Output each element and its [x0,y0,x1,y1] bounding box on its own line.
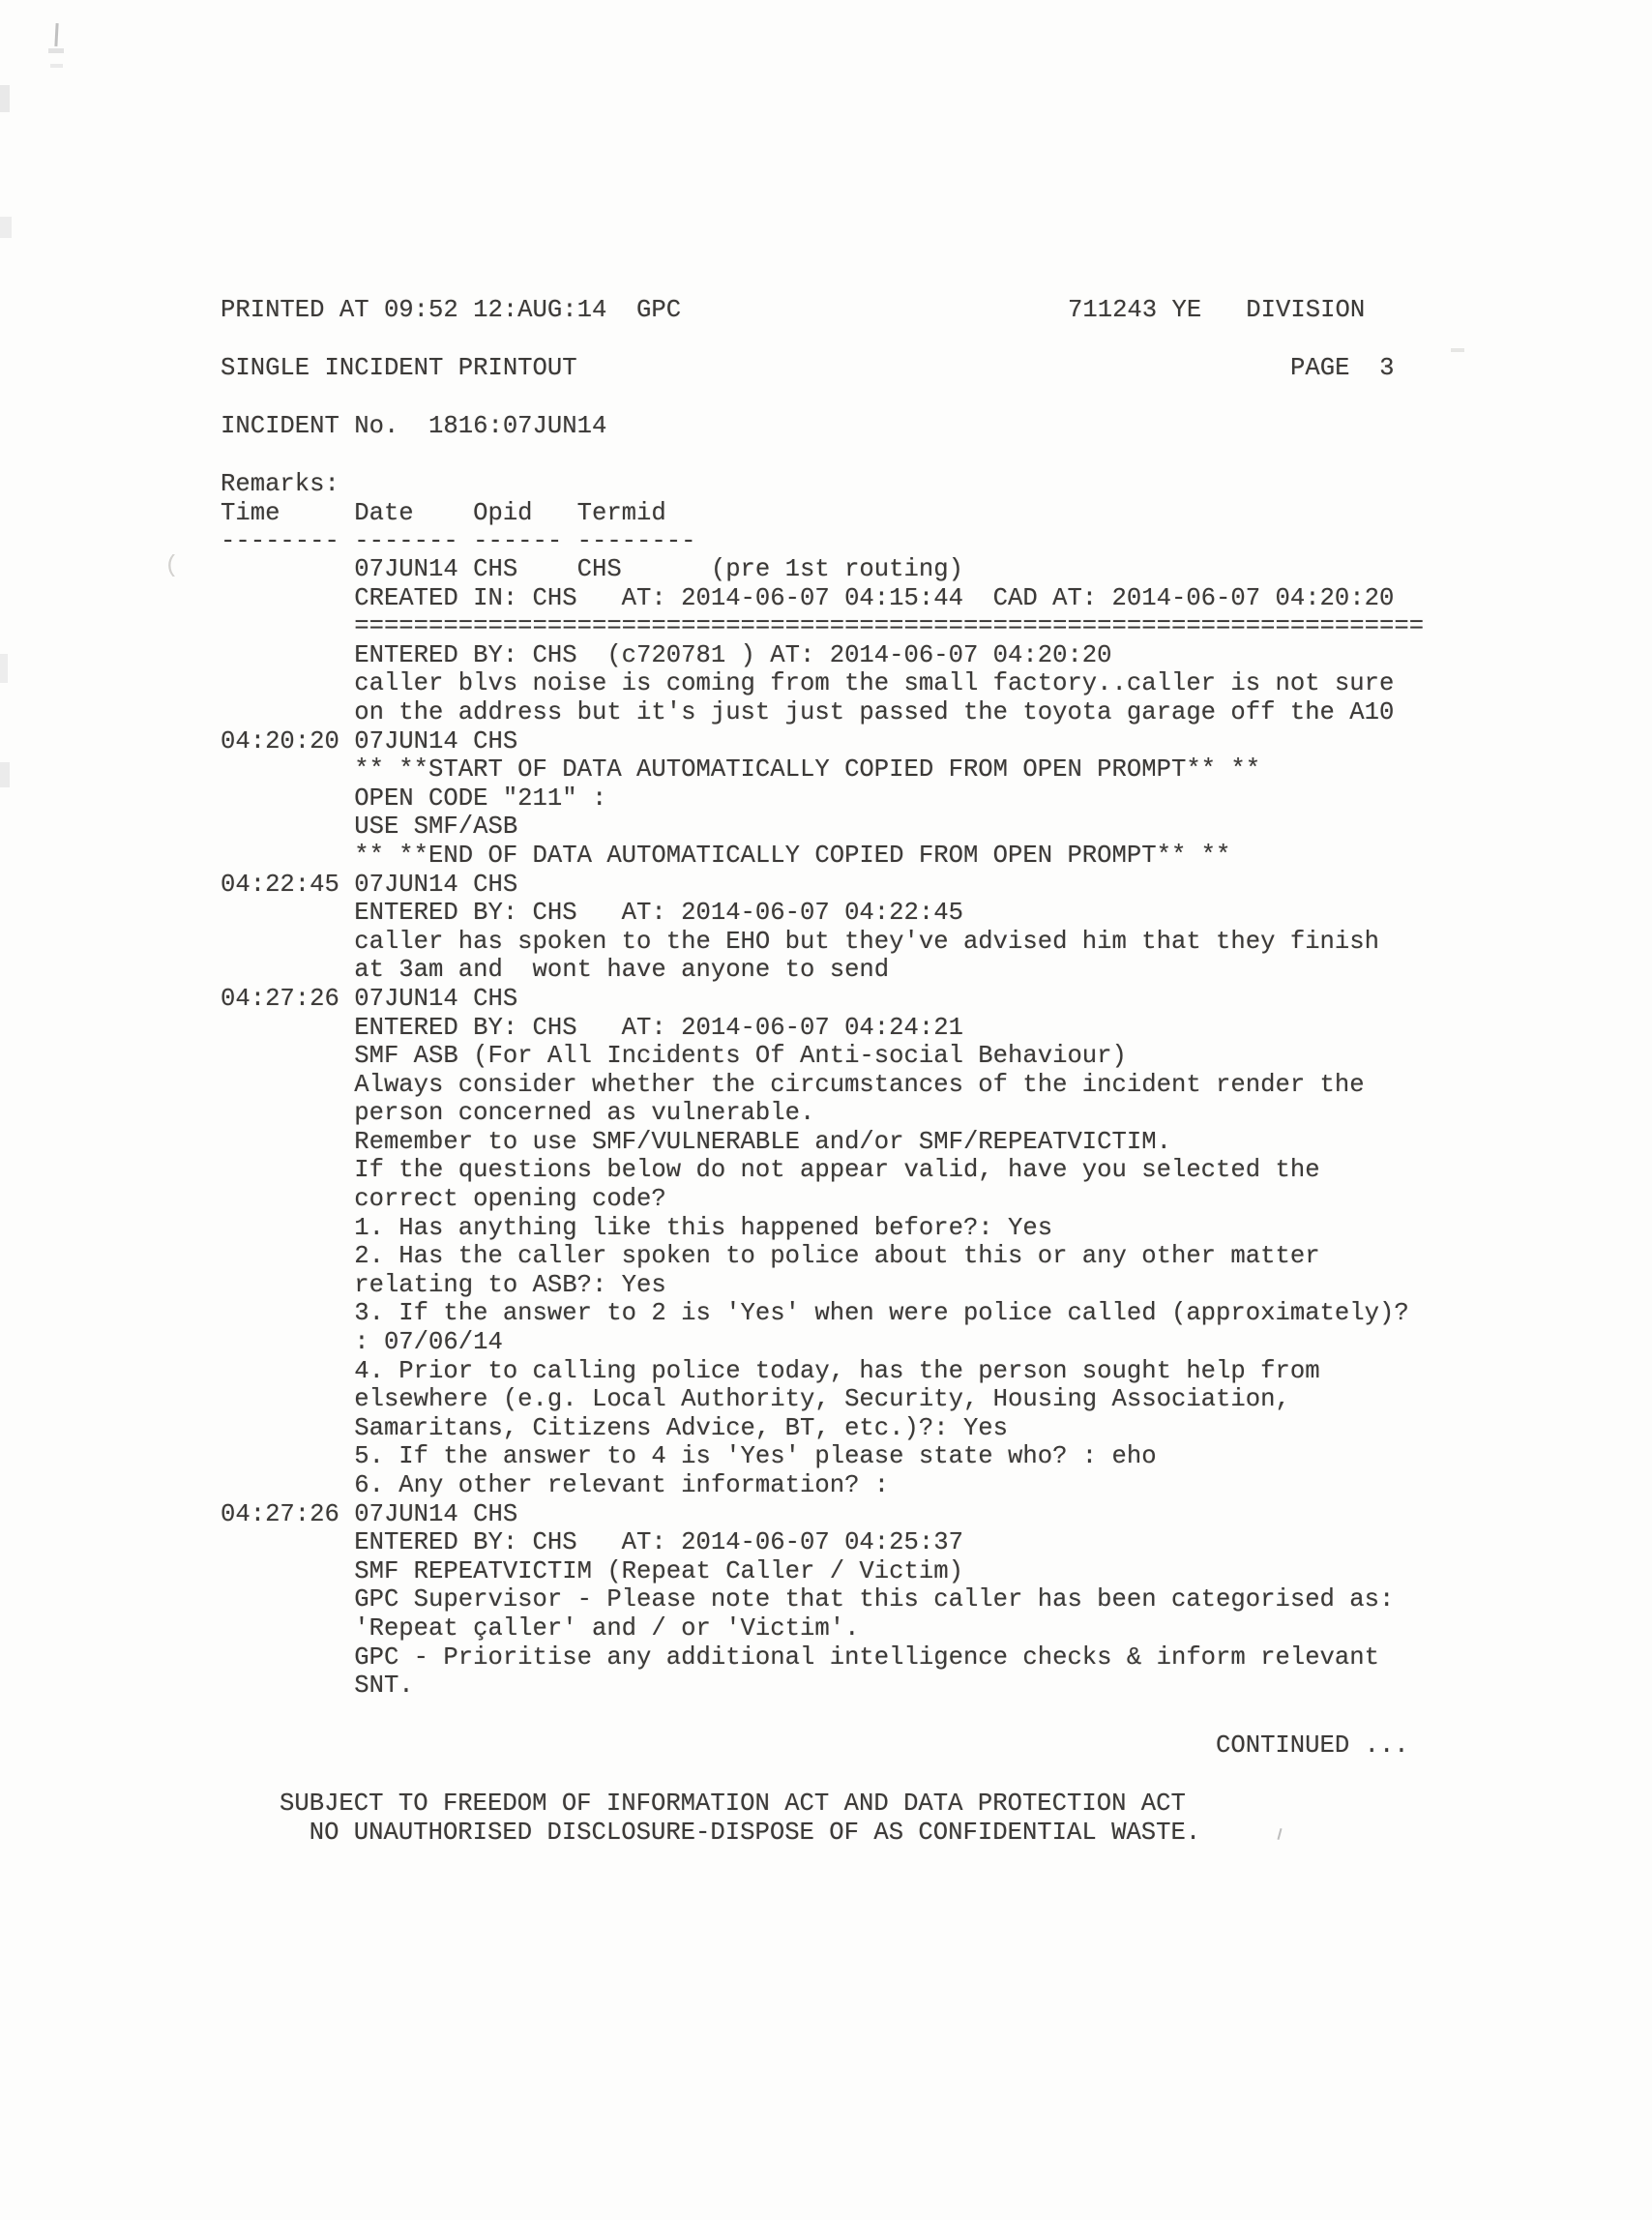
printed-at-line: PRINTED AT 09:52 12:AUG:14 GPC [221,296,681,325]
scanned-document-page: PRINTED AT 09:52 12:AUG:14 GPC 711243 YE… [0,0,1652,2220]
remarks-columns-header: Time Date Opid Termid [221,499,666,528]
incident-number-line: INCIDENT No. 1816:07JUN14 [221,412,606,441]
division-label: 711243 YE DIVISION [1068,296,1365,325]
scan-artifact [50,64,63,68]
scan-artifact [0,85,10,112]
document-title: SINGLE INCIDENT PRINTOUT [221,354,577,383]
scan-artifact [0,217,12,238]
remarks-entry-log: 07JUN14 CHS CHS (pre 1st routing) CREATE… [221,555,1424,1701]
scan-artifact [0,654,8,683]
scan-artifact [48,48,64,53]
scan-artifact [0,762,10,787]
scan-artifact: ( [164,551,179,579]
footer-disclaimer: SUBJECT TO FREEDOM OF INFORMATION ACT AN… [280,1790,1200,1847]
scan-artifact [54,23,58,46]
page-number-label: PAGE 3 [1290,354,1395,383]
scan-artifact [1277,1828,1282,1840]
continued-label: CONTINUED ... [1216,1732,1409,1761]
remarks-columns-underline: -------- ------- ------ -------- [221,527,695,556]
scan-artifact [1451,348,1464,352]
remarks-label: Remarks: [221,470,339,499]
